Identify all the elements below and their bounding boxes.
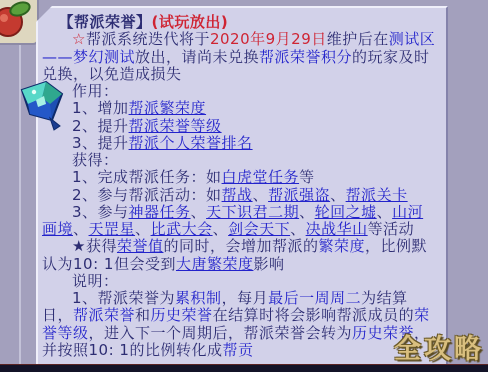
text-segment: 影响 — [253, 255, 284, 273]
inline-link[interactable]: 帮派繁荣度 — [129, 99, 207, 117]
watermark: 全攻略 — [394, 327, 484, 366]
inline-link[interactable]: 帮派关卡 — [346, 186, 408, 204]
text-segment: 1、完成帮派任务：如 — [72, 168, 222, 186]
inline-link[interactable]: 剑会天下 — [228, 220, 290, 238]
inline-link[interactable]: 白虎堂任务 — [222, 168, 300, 186]
effect-item-1: 1、增加帮派繁荣度 — [42, 100, 438, 117]
text-segment: 、 — [213, 220, 229, 238]
section-note-header: 说明： — [42, 273, 438, 290]
text-segment: 3、提升 — [72, 134, 129, 152]
text-segment: 等活动 — [368, 220, 415, 238]
text-segment: 、 — [330, 186, 346, 204]
text-segment: 2020年9月29日 — [210, 30, 327, 48]
text-segment: 累积制 — [175, 289, 222, 307]
text-segment: ☆ — [72, 30, 86, 48]
inline-link[interactable]: 荣誉值 — [117, 237, 164, 255]
obtain-item-1: 1、完成帮派任务：如白虎堂任务等 — [42, 169, 438, 186]
inline-link[interactable]: 天下识君二期 — [206, 203, 299, 221]
text-segment: 帮派荣誉 — [73, 306, 135, 324]
text-segment: 等 — [299, 168, 315, 186]
text-segment: 、 — [73, 220, 89, 238]
text-segment: 在结算时将会影响帮派成员的 — [213, 306, 415, 324]
text-segment: 2、提升 — [72, 117, 129, 135]
text-segment: (试玩放出) — [152, 13, 229, 31]
inline-link[interactable]: 神器任务 — [129, 203, 191, 221]
text-segment: 3、参与 — [72, 203, 129, 221]
text-segment: 、 — [191, 203, 207, 221]
star-note-paragraph: ★获得荣誉值的同时，会增加帮派的繁荣度，比例默认为10: 1但会受到大唐繁荣度影… — [42, 238, 438, 273]
effect-item-2: 2、提升帮派荣誉等级 — [42, 118, 438, 135]
text-segment: 1、帮派荣誉为 — [72, 289, 175, 307]
inline-link[interactable]: 轮回之墟 — [315, 203, 377, 221]
note-item-1: 1、帮派荣誉为累积制，每月最后一周周二为结算日，帮派荣誉和历史荣誉在结算时将会影… — [42, 290, 438, 359]
obtain-item-3: 3、参与神器任务、天下识君二期、轮回之墟、山河画境、天罡星、比武大会、剑会天下、… — [42, 204, 438, 239]
text-segment: 维护后在 — [327, 30, 389, 48]
guild-honor-tooltip: 【帮派荣誉】(试玩放出)☆帮派系统迭代将于2020年9月29日维护后在测试区——… — [36, 6, 448, 372]
section-obtain-header: 获得： — [42, 152, 438, 169]
text-segment: 、 — [135, 220, 151, 238]
text-segment: 最后一周周二 — [268, 289, 361, 307]
item-slot — [0, 0, 39, 45]
gem-cursor-icon — [16, 80, 68, 134]
inline-link[interactable]: 比武大会 — [151, 220, 213, 238]
text-segment: 历史荣誉 — [151, 306, 213, 324]
text-segment: 、 — [290, 220, 306, 238]
inline-link[interactable]: 决战华山 — [306, 220, 368, 238]
text-segment: 说明： — [72, 272, 119, 290]
section-effect-header: 作用： — [42, 83, 438, 100]
tooltip-body: 【帮派荣誉】(试玩放出)☆帮派系统迭代将于2020年9月29日维护后在测试区——… — [38, 8, 446, 359]
inline-link[interactable]: 帮派强盗 — [268, 186, 330, 204]
text-segment: 帮派系统迭代将于 — [86, 30, 210, 48]
obtain-item-2: 2、参与帮派活动：如帮战、帮派强盗、帮派关卡 — [42, 187, 438, 204]
text-segment: ，进入下一个周期后，帮派荣誉会转为 — [89, 324, 353, 342]
inline-link[interactable]: 帮派荣誉等级 — [129, 117, 222, 135]
text-segment: 、 — [377, 203, 393, 221]
inline-link[interactable]: 大唐繁荣度 — [176, 255, 254, 273]
text-segment: 作用： — [72, 82, 119, 100]
intro-paragraph: ☆帮派系统迭代将于2020年9月29日维护后在测试区——梦幻测试放出，请尚未兑换… — [42, 31, 438, 83]
text-segment: 繁荣度 — [318, 237, 365, 255]
text-segment: 2、参与帮派活动：如 — [72, 186, 222, 204]
item-icon-partial — [0, 0, 37, 43]
text-segment: 、 — [253, 186, 269, 204]
inline-link[interactable]: 天罡星 — [89, 220, 136, 238]
text-segment: 帮派荣誉积分 — [259, 48, 352, 66]
text-segment: 、 — [299, 203, 315, 221]
text-segment: 1、增加 — [72, 99, 129, 117]
text-segment: ，每月 — [222, 289, 269, 307]
game-screen: { "colors": { "outer_bg": "#a3a0bd", "pa… — [0, 0, 488, 372]
text-segment: 的同时，会增加帮派的 — [163, 237, 318, 255]
text-segment: 放出，请尚未兑换 — [135, 48, 259, 66]
effect-item-3: 3、提升帮派个人荣誉排名 — [42, 135, 438, 152]
text-segment: ★获得 — [72, 237, 117, 255]
tooltip-title: 【帮派荣誉】(试玩放出) — [42, 14, 438, 31]
inline-link[interactable]: 帮派个人荣誉排名 — [129, 134, 253, 152]
text-segment: 获得： — [72, 151, 119, 169]
text-segment: 【帮派荣誉】 — [59, 13, 152, 31]
text-segment: 和 — [135, 306, 151, 324]
text-segment: 帮贡 — [222, 341, 253, 359]
inline-link[interactable]: 帮战 — [222, 186, 253, 204]
